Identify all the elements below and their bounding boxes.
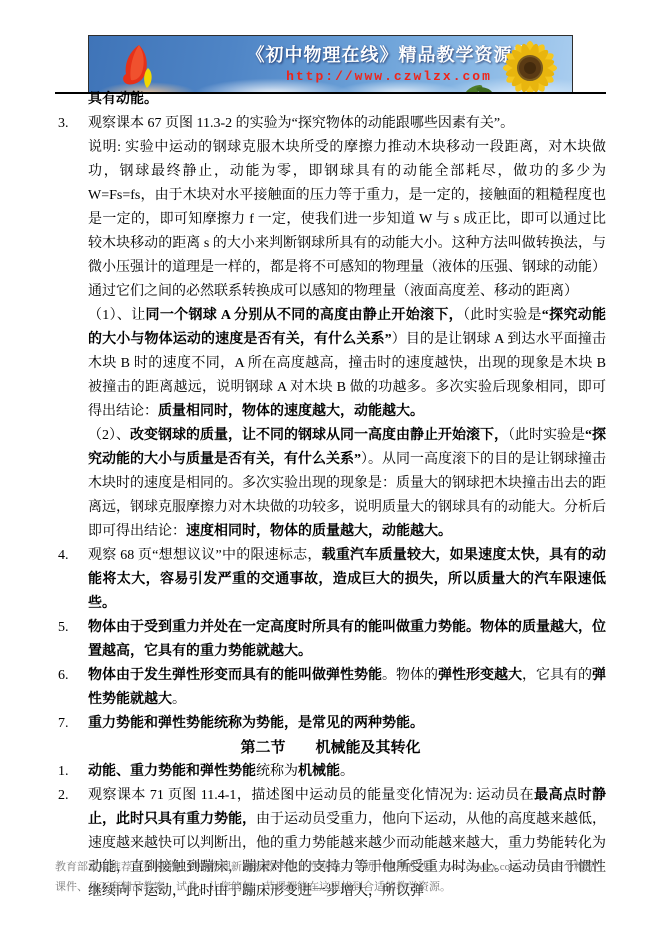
- item-number: 1.: [58, 760, 69, 784]
- item-number: 4.: [58, 544, 69, 568]
- bold-text-run: 物体由于受到重力并处在一定高度时所具有的能叫做重力势能。物体的质量越大，位置越高…: [88, 620, 606, 659]
- list-item: 6.物体由于发生弹性形变而具有的能叫做弹性势能。物体的弹性形变越大，它具有的弹性…: [55, 664, 606, 712]
- text-run: （1）、让: [88, 308, 146, 323]
- paragraph: （1）、让同一个钢球 A 分别从不同的高度由静止开始滚下，（此时实验是“探究动能…: [55, 304, 606, 424]
- text-run: 观察课本 71 页图 11.4-1，描述图中运动员的能量变化情况为: 运动员在: [88, 788, 534, 803]
- bold-text-run: 质量相同时，物体的速度越大，动能越大。: [158, 404, 424, 419]
- list-item: 7.重力势能和弹性势能统称为势能，是常见的两种势能。: [55, 712, 606, 736]
- bold-text-run: 机械能: [298, 764, 340, 779]
- item-number: 3.: [58, 112, 69, 136]
- text-run: 观察 68 页“想想议议”中的限速标志，: [88, 548, 322, 563]
- text-run: （此时实验是: [463, 308, 542, 323]
- text-run: （此时实验是: [508, 428, 585, 443]
- bold-text-run: 改变钢球的质量，让不同的钢球从同一高度由静止开始滚下，: [130, 428, 508, 443]
- text-run: 说明: 实验中运动的钢球克服木块所受的摩擦力推动木块移动一段距离，对木块做功，钢…: [88, 140, 606, 299]
- page-footer: 教育部重点推荐学科网站、初中物理新课标教学专业性网站---《初中物理在线》www…: [55, 857, 606, 897]
- site-logo-icon: [115, 43, 159, 89]
- bold-text-run: 物体由于发生弹性形变而具有的能叫做弹性势能: [88, 668, 382, 683]
- document-body: 具有动能。3.观察课本 67 页图 11.3-2 的实验为“探究物体的动能跟哪些…: [55, 88, 606, 904]
- text-run: （2）、: [88, 428, 130, 443]
- item-number: 2.: [58, 784, 69, 808]
- bold-text-run: 同一个钢球 A 分别从不同的高度由静止开始滚下，: [146, 308, 463, 323]
- list-item: 1.动能、重力势能和弹性势能统称为机械能。: [55, 760, 606, 784]
- paragraph: 说明: 实验中运动的钢球克服木块所受的摩擦力推动木块移动一段距离，对木块做功，钢…: [55, 136, 606, 304]
- item-number: 6.: [58, 664, 69, 688]
- list-item: 3.观察课本 67 页图 11.3-2 的实验为“探究物体的动能跟哪些因素有关”…: [55, 112, 606, 136]
- text-run: 统称为: [256, 764, 298, 779]
- text-run: 观察课本 67 页图 11.3-2 的实验为“探究物体的动能跟哪些因素有关”。: [88, 116, 514, 131]
- list-item: 4.观察 68 页“想想议议”中的限速标志，载重汽车质量较大，如果速度太快，具有…: [55, 544, 606, 616]
- bold-text-run: 速度相同时，物体的质量越大，动能越大。: [186, 524, 452, 539]
- site-banner: 《初中物理在线》精品教学资源库 http://www.czwlzx.com: [88, 35, 573, 93]
- bold-text-run: 具有动能。: [88, 92, 158, 107]
- text-run: 。: [172, 692, 186, 707]
- sunflower-icon: [460, 35, 570, 93]
- text-run: 。: [340, 764, 354, 779]
- text-run: 。物体的: [382, 668, 438, 683]
- bold-text-run: 第二节 机械能及其转化: [240, 740, 420, 756]
- item-number: 5.: [58, 616, 69, 640]
- list-item: 5.物体由于受到重力并处在一定高度时所具有的能叫做重力势能。物体的质量越大，位置…: [55, 616, 606, 664]
- text-run: ，它具有的: [522, 668, 592, 683]
- bold-text-run: 重力势能和弹性势能统称为势能，是常见的两种势能。: [88, 716, 424, 731]
- bold-text-run: 动能、重力势能和弹性势能: [88, 764, 256, 779]
- paragraph: （2）、改变钢球的质量，让不同的钢球从同一高度由静止开始滚下，（此时实验是“探究…: [55, 424, 606, 544]
- bold-text-run: 弹性形变越大: [438, 668, 522, 683]
- item-number: 7.: [58, 712, 69, 736]
- paragraph: 具有动能。: [55, 88, 606, 112]
- section-heading: 第二节 机械能及其转化: [55, 736, 606, 760]
